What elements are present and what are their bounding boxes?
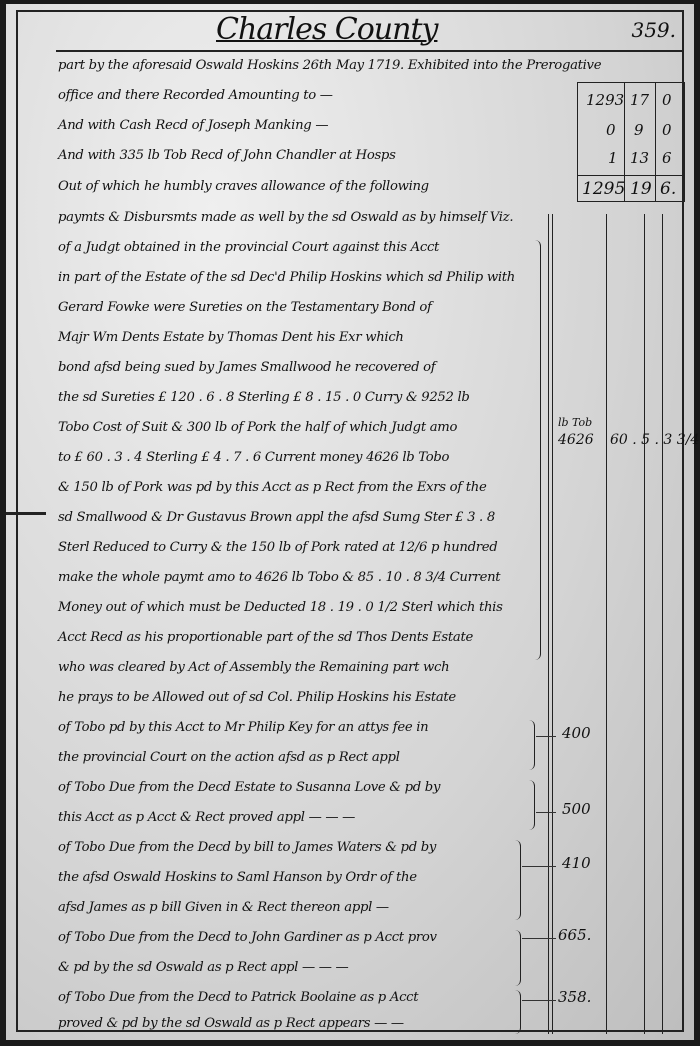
margin-rule <box>6 512 46 515</box>
total-pence: 6. <box>660 179 676 199</box>
pounds-cell: 1293 <box>586 91 624 109</box>
column-rule-2 <box>606 214 607 1034</box>
bracket <box>528 720 535 770</box>
pounds-cell: 0 <box>606 121 616 139</box>
entry-line: And with Cash Recd of Joseph Manking — <box>58 118 328 133</box>
entry-line: who was cleared by Act of Assembly the R… <box>58 660 449 675</box>
entry-line: of Tobo Due from the Decd to Patrick Boo… <box>58 990 418 1005</box>
entry-line: of Tobo Due from the Decd to John Gardin… <box>58 930 437 945</box>
ledger-page: Charles County 359. part by the aforesai… <box>6 4 694 1040</box>
entry-line: of a Judgt obtained in the provincial Co… <box>58 240 439 255</box>
entry-line: And with 335 lb Tob Recd of John Chandle… <box>58 148 396 163</box>
entry-line: Tobo Cost of Suit & 300 lb of Pork the h… <box>58 420 457 435</box>
bracket <box>528 780 535 830</box>
shillings-cell: 13 <box>630 149 649 167</box>
entry-line: of Tobo pd by this Acct to Mr Philip Key… <box>58 720 428 735</box>
sum-rule <box>578 175 684 176</box>
shillings-cell: 17 <box>630 91 649 109</box>
column-rule-text <box>548 214 549 1034</box>
entry-line: Money out of which must be Deducted 18 .… <box>58 600 503 615</box>
total-shillings: 19 <box>630 179 652 199</box>
disbursement-amount: 358. <box>558 988 591 1006</box>
disbursement-amount: 400 <box>562 724 591 742</box>
bracket <box>514 930 521 986</box>
page-number: 359. <box>631 18 676 42</box>
column-rule-3 <box>644 214 645 1034</box>
inventory-totals-table: 1293 17 0 0 9 0 1 13 6 1295 19 6. <box>577 82 685 202</box>
pounds-cell: 1 <box>608 149 618 167</box>
entry-line: Acct Recd as his proportionable part of … <box>58 630 473 645</box>
entry-line: to £ 60 . 3 . 4 Sterling £ 4 . 7 . 6 Cur… <box>58 450 449 465</box>
entry-line: the afsd Oswald Hoskins to Saml Hanson b… <box>58 870 417 885</box>
entry-line: proved & pd by the sd Oswald as p Rect a… <box>58 1016 404 1031</box>
shillings-cell: 9 <box>634 121 644 139</box>
entry-line: Out of which he humbly craves allowance … <box>58 179 429 194</box>
entry-line: office and there Recorded Amounting to — <box>58 88 333 103</box>
entry-line: & 150 lb of Pork was pd by this Acct as … <box>58 480 486 495</box>
entry-line: & pd by the sd Oswald as p Rect appl — —… <box>58 960 348 975</box>
disbursement-amount: 665. <box>558 926 591 944</box>
entry-line: of Tobo Due from the Decd by bill to Jam… <box>58 840 436 855</box>
entry-line: in part of the Estate of the sd Dec'd Ph… <box>58 270 515 285</box>
disbursement-amount: 410 <box>562 854 591 872</box>
entry-line: afsd James as p bill Given in & Rect the… <box>58 900 389 915</box>
tobacco-label: lb Tob <box>558 416 592 429</box>
entry-line: he prays to be Allowed out of sd Col. Ph… <box>58 690 456 705</box>
currency-amount: 60 . 5 . 3 3/4 <box>610 432 699 448</box>
bracket <box>534 240 541 660</box>
entry-line: Majr Wm Dents Estate by Thomas Dent his … <box>58 330 404 345</box>
disbursement-amount: 500 <box>562 800 591 818</box>
header-rule <box>56 50 684 52</box>
pence-cell: 0 <box>662 91 672 109</box>
column-rule-4 <box>662 214 663 1034</box>
pence-cell: 0 <box>662 121 672 139</box>
total-pounds: 1295 <box>582 179 625 199</box>
bracket <box>514 840 521 920</box>
entry-line: make the whole paymt amo to 4626 lb Tobo… <box>58 570 500 585</box>
tobacco-amount: 4626 <box>558 432 594 448</box>
entry-line: Sterl Reduced to Curry & the 150 lb of P… <box>58 540 497 555</box>
entry-line: sd Smallwood & Dr Gustavus Brown appl th… <box>58 510 495 525</box>
column-rule-amount <box>552 214 553 1034</box>
entry-line: the sd Sureties £ 120 . 6 . 8 Sterling £… <box>58 390 470 405</box>
entry-line: Gerard Fowke were Sureties on the Testam… <box>58 300 432 315</box>
entry-line: this Acct as p Acct & Rect proved appl —… <box>58 810 355 825</box>
bracket <box>514 990 521 1034</box>
page-title: Charles County <box>216 12 437 47</box>
entry-line: bond afsd being sued by James Smallwood … <box>58 360 435 375</box>
entry-line: of Tobo Due from the Decd Estate to Susa… <box>58 780 440 795</box>
entry-line: part by the aforesaid Oswald Hoskins 26t… <box>58 58 601 73</box>
entry-line: paymts & Disbursmts made as well by the … <box>58 210 513 225</box>
pence-cell: 6 <box>662 149 672 167</box>
entry-line: the provincial Court on the action afsd … <box>58 750 400 765</box>
